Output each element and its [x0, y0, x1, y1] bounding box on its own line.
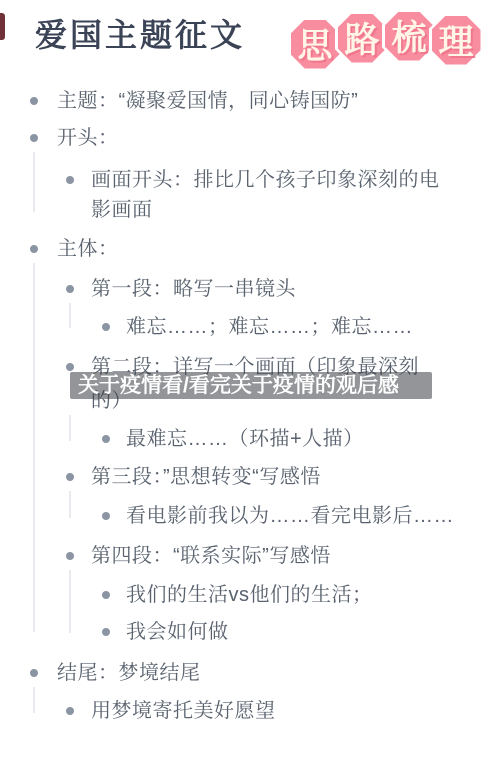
- indent-guide-line: [69, 415, 71, 441]
- outline-text: 第四段：“联系实际”写感悟: [91, 541, 331, 571]
- outline-item-body: 主体：: [57, 234, 119, 264]
- bullet-icon: [30, 245, 38, 253]
- corner-mark: [0, 13, 5, 40]
- outline-item-opening: 开头：: [57, 123, 119, 153]
- outline-text: 看电影前我以为……看完电影后……: [126, 501, 454, 531]
- badge-octagon: 思: [288, 17, 342, 71]
- outline-text: 第三段：”思想转变“写感悟: [91, 462, 321, 492]
- outline-text: 主题：“凝聚爱国情，同心铸国防”: [57, 86, 358, 116]
- watermark-text: 关于疫情看/看完关于疫情的观后感: [70, 372, 399, 399]
- outline-text: 我们的生活vs他们的生活；: [126, 580, 373, 610]
- outline-text: 开头：: [57, 123, 119, 153]
- badge-char: 思: [288, 17, 342, 71]
- bullet-icon: [66, 707, 74, 715]
- outline-item-before-after-movie: 看电影前我以为……看完电影后……: [126, 501, 454, 531]
- indent-guide-line: [33, 152, 35, 212]
- indent-guide-line: [33, 263, 35, 632]
- outline-text: 结尾：梦境结尾: [57, 658, 201, 688]
- page-title: 爱国主题征文: [35, 16, 245, 54]
- badge-silu-shuli: 思 路 梳 理: [288, 12, 483, 66]
- outline-item-paragraph1: 第一段：略写一串镜头: [91, 274, 296, 304]
- badge-char: 梳: [382, 9, 436, 63]
- badge-char: 路: [335, 11, 389, 65]
- outline-text: 画面开头：排比几个孩子印象深刻的电: [91, 165, 440, 195]
- bullet-icon: [102, 591, 110, 599]
- bullet-icon: [66, 363, 74, 371]
- outline-item-dream-wish: 用梦境寄托美好愿望: [91, 696, 276, 726]
- bullet-icon: [66, 552, 74, 560]
- badge-char: 理: [429, 13, 483, 67]
- watermark-band: 关于疫情看/看完关于疫情的观后感: [70, 372, 432, 399]
- bullet-icon: [30, 669, 38, 677]
- outline-item-paragraph4: 第四段：“联系实际”写感悟: [91, 541, 331, 571]
- bullet-icon: [102, 512, 110, 520]
- bullet-icon: [66, 473, 74, 481]
- indent-guide-line: [69, 570, 71, 633]
- outline-text: 主体：: [57, 234, 119, 264]
- bullet-icon: [30, 134, 38, 142]
- page: 爱国主题征文 思 路 梳 理 主题：“凝聚爱国情，同心铸国防” 开头： 画面开头…: [0, 0, 500, 765]
- outline-text: 影画面: [91, 195, 440, 225]
- bullet-icon: [66, 176, 74, 184]
- outline-item-what-i-will-do: 我会如何做: [126, 617, 229, 647]
- outline-item-ending: 结尾：梦境结尾: [57, 658, 201, 688]
- outline-item-our-life-vs: 我们的生活vs他们的生活；: [126, 580, 373, 610]
- bullet-icon: [102, 323, 110, 331]
- badge-octagon: 路: [335, 11, 389, 65]
- badge-octagon: 梳: [382, 9, 436, 63]
- bullet-icon: [102, 628, 110, 636]
- outline-text: 难忘……；难忘……；难忘……: [126, 312, 413, 342]
- outline-item-unforgettable: 难忘……；难忘……；难忘……: [126, 312, 413, 342]
- bullet-icon: [102, 435, 110, 443]
- bullet-icon: [66, 285, 74, 293]
- indent-guide-line: [33, 687, 35, 713]
- outline-item-picture-opening: 画面开头：排比几个孩子印象深刻的电 影画面: [91, 165, 440, 225]
- indent-guide-line: [69, 491, 71, 518]
- outline-text: 第一段：略写一串镜头: [91, 274, 296, 304]
- outline-item-most-unforgettable: 最难忘……（环描+人描）: [126, 424, 364, 454]
- outline-item-topic: 主题：“凝聚爱国情，同心铸国防”: [57, 86, 358, 116]
- outline-text: 最难忘……（环描+人描）: [126, 424, 364, 454]
- outline-text: 用梦境寄托美好愿望: [91, 696, 276, 726]
- indent-guide-line: [69, 303, 71, 328]
- outline-item-paragraph3: 第三段：”思想转变“写感悟: [91, 462, 321, 492]
- badge-octagon: 理: [429, 13, 483, 67]
- outline-text: 我会如何做: [126, 617, 229, 647]
- bullet-icon: [30, 97, 38, 105]
